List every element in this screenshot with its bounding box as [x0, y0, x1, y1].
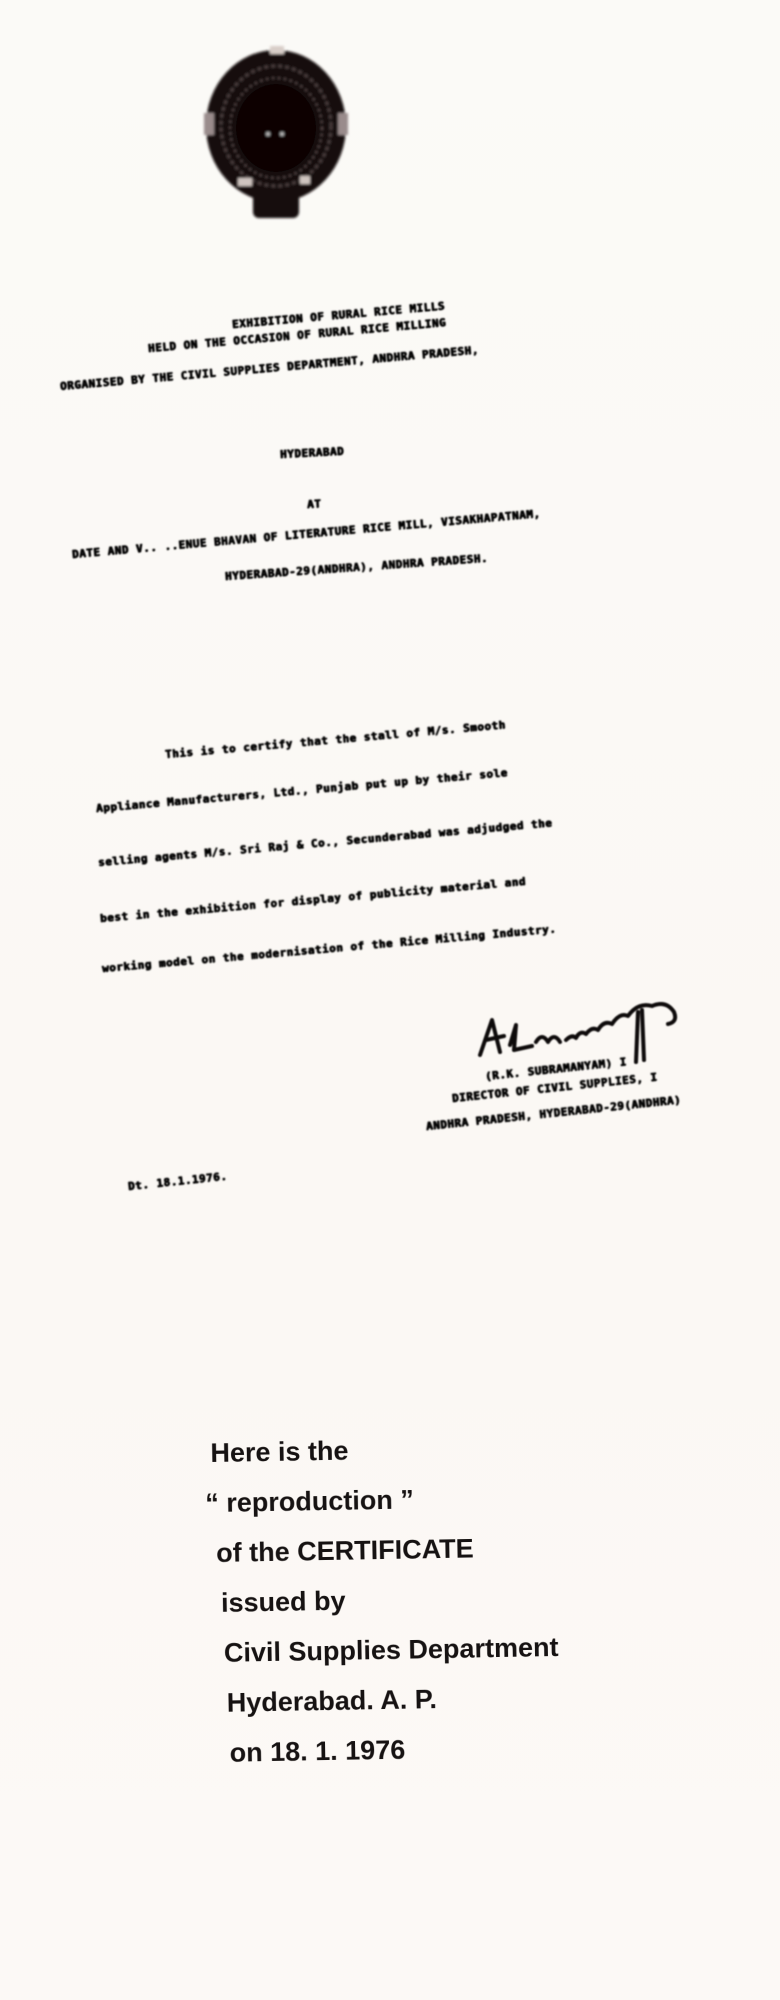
heading-line: HYDERABAD — [280, 445, 345, 461]
caption-line: “ reproduction ” — [205, 1472, 556, 1528]
body-line: Appliance Manufacturers, Ltd., Punjab pu… — [95, 766, 508, 815]
heading-line: ORGANISED BY THE CIVIL SUPPLIES DEPARTME… — [59, 343, 479, 393]
certificate-date: Dt. 18.1.1976. — [127, 1170, 228, 1193]
caption-line: of the CERTIFICATE — [216, 1522, 557, 1578]
caption-line: Hyderabad. A. P. — [226, 1672, 559, 1728]
body-line: working model on the modernisation of th… — [101, 922, 556, 975]
body-line: best in the exhibition for display of pu… — [99, 875, 526, 925]
caption-block: Here is the “ reproduction ” of the CERT… — [210, 1422, 561, 1778]
heading-line: HYDERABAD-29(ANDHRA), ANDHRA PRADESH. — [225, 552, 489, 583]
document-page: EXHIBITION OF RURAL RICE MILLS HELD ON T… — [0, 0, 780, 2000]
caption-line: on 18. 1. 1976 — [229, 1722, 560, 1778]
state-emblem-icon — [198, 38, 354, 228]
heading-line: AT — [307, 497, 322, 511]
body-line: This is to certify that the stall of M/s… — [164, 718, 506, 761]
caption-line: Civil Supplies Department — [223, 1622, 558, 1678]
body-line: selling agents M/s. Sri Raj & Co., Secun… — [97, 816, 552, 869]
caption-line: issued by — [221, 1572, 558, 1628]
caption-line: Here is the — [210, 1422, 555, 1478]
